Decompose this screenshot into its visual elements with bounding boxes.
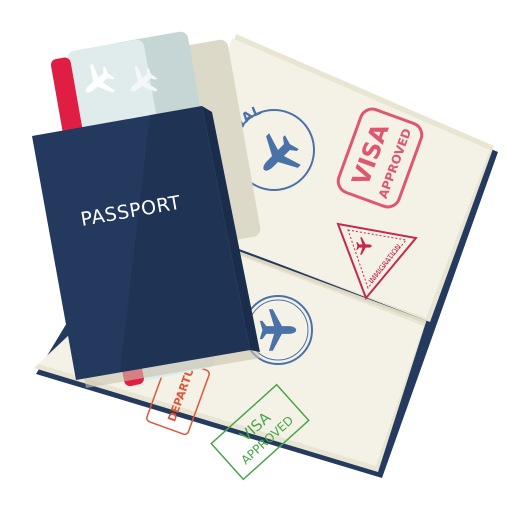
passport-illustration: ARRIVAL VISA APPROVED IMMIGRATION DEPART… bbox=[0, 0, 528, 528]
